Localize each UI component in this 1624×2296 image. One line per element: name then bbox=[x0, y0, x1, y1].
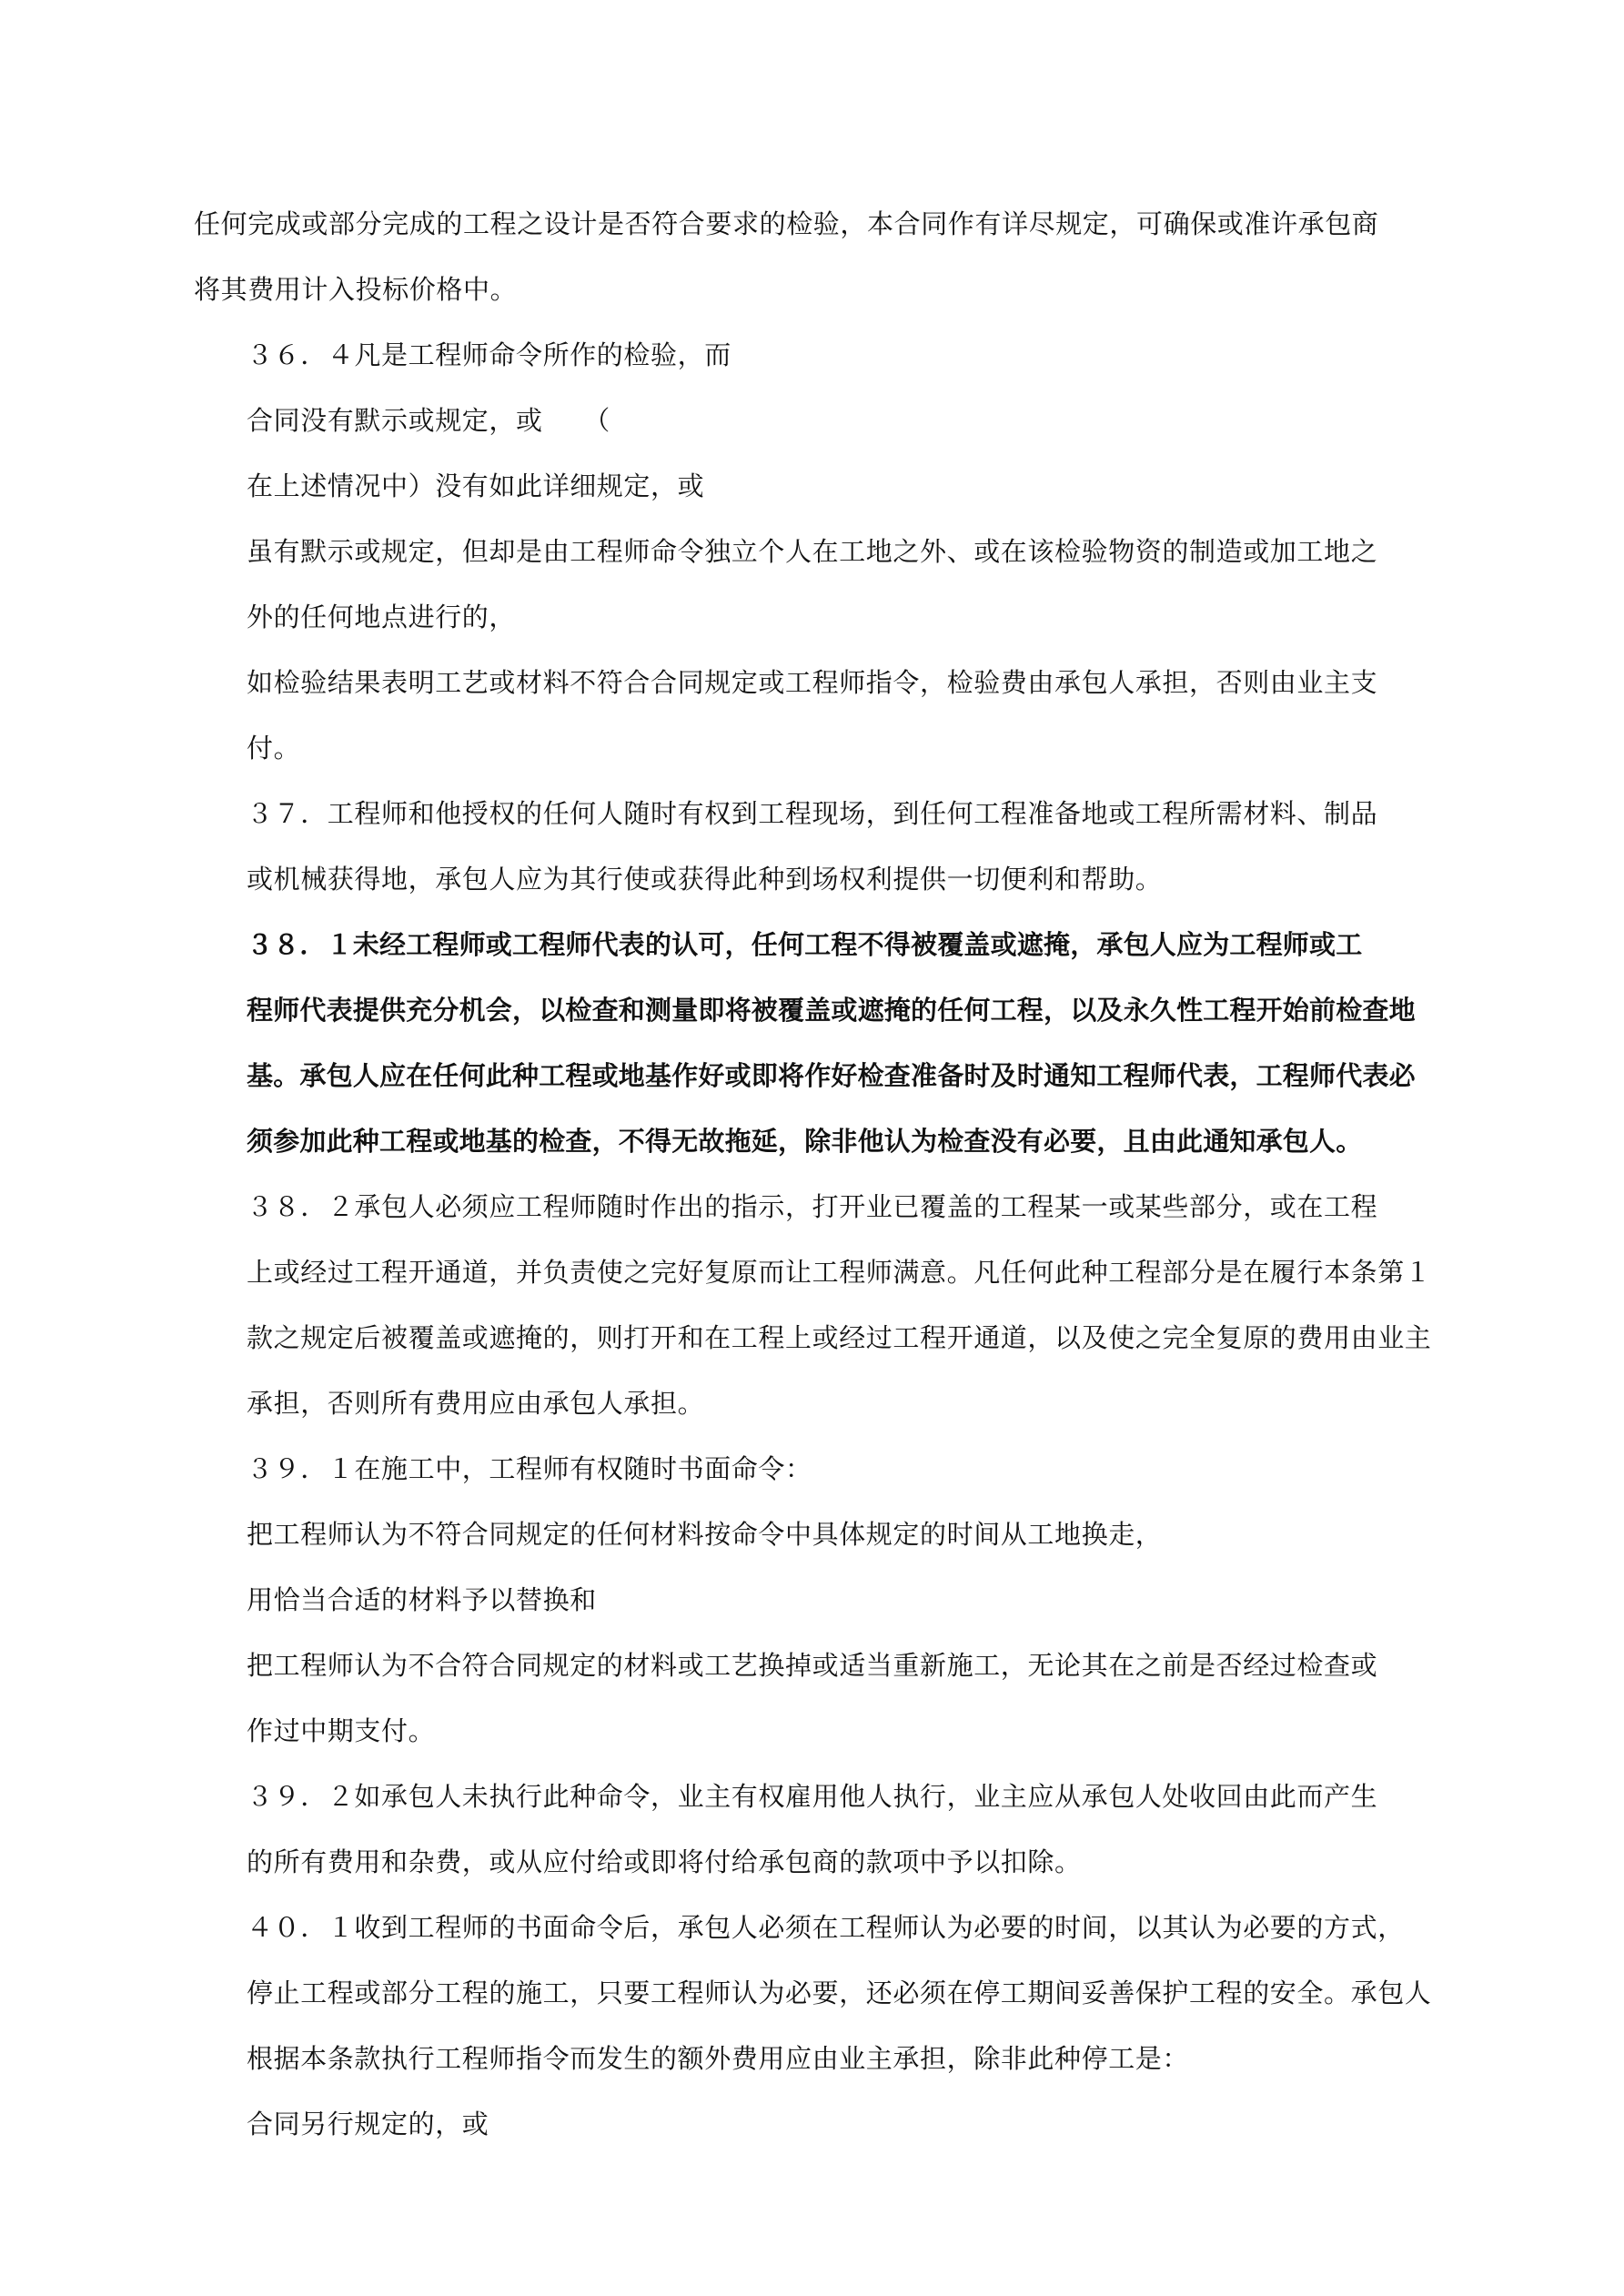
text-line: 在上述情况中）没有如此详细规定，或 bbox=[194, 453, 1433, 519]
text-line: 把工程师认为不合符合同规定的材料或工艺换掉或适当重新施工，无论其在之前是否经过检… bbox=[194, 1633, 1433, 1698]
text-line: 基。承包人应在任何此种工程或地基作好或即将作好检查准备时及时通知工程师代表，工程… bbox=[194, 1043, 1433, 1108]
paragraph-clause-39-2: ３９．２如承包人未执行此种命令，业主有权雇用他人执行，业主应从承包人处收回由此而… bbox=[194, 1764, 1433, 1895]
paragraph-suspension-exception: 合同另行规定的，或 bbox=[194, 2091, 1433, 2157]
text-line: ３８．１未经工程师或工程师代表的认可，任何工程不得被覆盖或遮掩，承包人应为工程师… bbox=[194, 912, 1433, 977]
text-line: 款之规定后被覆盖或遮掩的，则打开和在工程上或经过工程开通道，以及使之完全复原的费… bbox=[194, 1305, 1433, 1371]
text-line: 的所有费用和杂费，或从应付给或即将付给承包商的款项中予以扣除。 bbox=[194, 1829, 1433, 1895]
text-line: 任何完成或部分完成的工程之设计是否符合要求的检验，本合同作有详尽规定，可确保或准… bbox=[194, 191, 1433, 257]
text-line: ３９．２如承包人未执行此种命令，业主有权雇用他人执行，业主应从承包人处收回由此而… bbox=[194, 1764, 1433, 1829]
text-line: 程师代表提供充分机会，以检查和测量即将被覆盖或遮掩的任何工程，以及永久性工程开始… bbox=[194, 977, 1433, 1043]
text-line: 根据本条款执行工程师指令而发生的额外费用应由业主承担，除非此种停工是： bbox=[194, 2026, 1433, 2091]
text-line: 承担，否则所有费用应由承包人承担。 bbox=[194, 1371, 1433, 1436]
paragraph-condition-a: 合同没有默示或规定，或 （ bbox=[194, 388, 1433, 453]
text-line: 作过中期支付。 bbox=[194, 1698, 1433, 1764]
text-line: ３９．１在施工中，工程师有权随时书面命令： bbox=[194, 1436, 1433, 1502]
paragraph-clause-36-4: ３６．４凡是工程师命令所作的检验，而 bbox=[194, 322, 1433, 388]
text-line: 合同另行规定的，或 bbox=[194, 2091, 1433, 2157]
paragraph-order-replace-materials: 用恰当合适的材料予以替换和 bbox=[194, 1567, 1433, 1633]
paragraph-clause-39-1: ３９．１在施工中，工程师有权随时书面命令： bbox=[194, 1436, 1433, 1502]
text-line: ４０．１收到工程师的书面命令后，承包人必须在工程师认为必要的时间，以其认为必要的… bbox=[194, 1895, 1433, 1960]
text-line: 虽有默示或规定，但却是由工程师命令独立个人在工地之外、或在该检验物资的制造或加工… bbox=[194, 519, 1433, 584]
paragraph-clause-37: ３７．工程师和他授权的任何人随时有权到工程现场，到任何工程准备地或工程所需材料、… bbox=[194, 781, 1433, 912]
text-line: 把工程师认为不符合同规定的任何材料按命令中具体规定的时间从工地换走， bbox=[194, 1502, 1433, 1567]
paragraph-condition-c: 虽有默示或规定，但却是由工程师命令独立个人在工地之外、或在该检验物资的制造或加工… bbox=[194, 519, 1433, 650]
paragraph-order-remove-materials: 把工程师认为不符合同规定的任何材料按命令中具体规定的时间从工地换走， bbox=[194, 1502, 1433, 1567]
clause-heading-36-4: ３６．４凡是工程师命令所作的检验，而 bbox=[194, 322, 1433, 388]
text-line: 外的任何地点进行的， bbox=[194, 584, 1433, 650]
text-line: 合同没有默示或规定，或 （ bbox=[194, 388, 1433, 453]
paragraph-clause-40-1: ４０．１收到工程师的书面命令后，承包人必须在工程师认为必要的时间，以其认为必要的… bbox=[194, 1895, 1433, 2091]
text-line: 或机械获得地，承包人应为其行使或获得此种到场权利提供一切便利和帮助。 bbox=[194, 846, 1433, 912]
text-line: ３８．２承包人必须应工程师随时作出的指示，打开业已覆盖的工程某一或某些部分，或在… bbox=[194, 1174, 1433, 1239]
paragraph-clause-38-2: ３８．２承包人必须应工程师随时作出的指示，打开业已覆盖的工程某一或某些部分，或在… bbox=[194, 1174, 1433, 1436]
text-line: 用恰当合适的材料予以替换和 bbox=[194, 1567, 1433, 1633]
text-line: 付。 bbox=[194, 715, 1433, 781]
paragraph-clause-38-1: ３８．１未经工程师或工程师代表的认可，任何工程不得被覆盖或遮掩，承包人应为工程师… bbox=[194, 912, 1433, 1174]
paragraph-condition-b: 在上述情况中）没有如此详细规定，或 bbox=[194, 453, 1433, 519]
text-line: 须参加此种工程或地基的检查，不得无故拖延，除非他认为检查没有必要，且由此通知承包… bbox=[194, 1108, 1433, 1174]
paragraph-inspection-cost: 如检验结果表明工艺或材料不符合合同规定或工程师指令，检验费由承包人承担，否则由业… bbox=[194, 650, 1433, 781]
paragraph-design-inspection: 任何完成或部分完成的工程之设计是否符合要求的检验，本合同作有详尽规定，可确保或准… bbox=[194, 191, 1433, 322]
text-line: 将其费用计入投标价格中。 bbox=[194, 257, 1433, 322]
text-line: ３７．工程师和他授权的任何人随时有权到工程现场，到任何工程准备地或工程所需材料、… bbox=[194, 781, 1433, 846]
text-line: 如检验结果表明工艺或材料不符合合同规定或工程师指令，检验费由承包人承担，否则由业… bbox=[194, 650, 1433, 715]
paragraph-order-redo-work: 把工程师认为不合符合同规定的材料或工艺换掉或适当重新施工，无论其在之前是否经过检… bbox=[194, 1633, 1433, 1764]
text-line: 停止工程或部分工程的施工，只要工程师认为必要，还必须在停工期间妥善保护工程的安全… bbox=[194, 1960, 1433, 2026]
text-line: 上或经过工程开通道，并负责使之完好复原而让工程师满意。凡任何此种工程部分是在履行… bbox=[194, 1239, 1433, 1305]
document-page: 任何完成或部分完成的工程之设计是否符合要求的检验，本合同作有详尽规定，可确保或准… bbox=[194, 191, 1433, 2157]
